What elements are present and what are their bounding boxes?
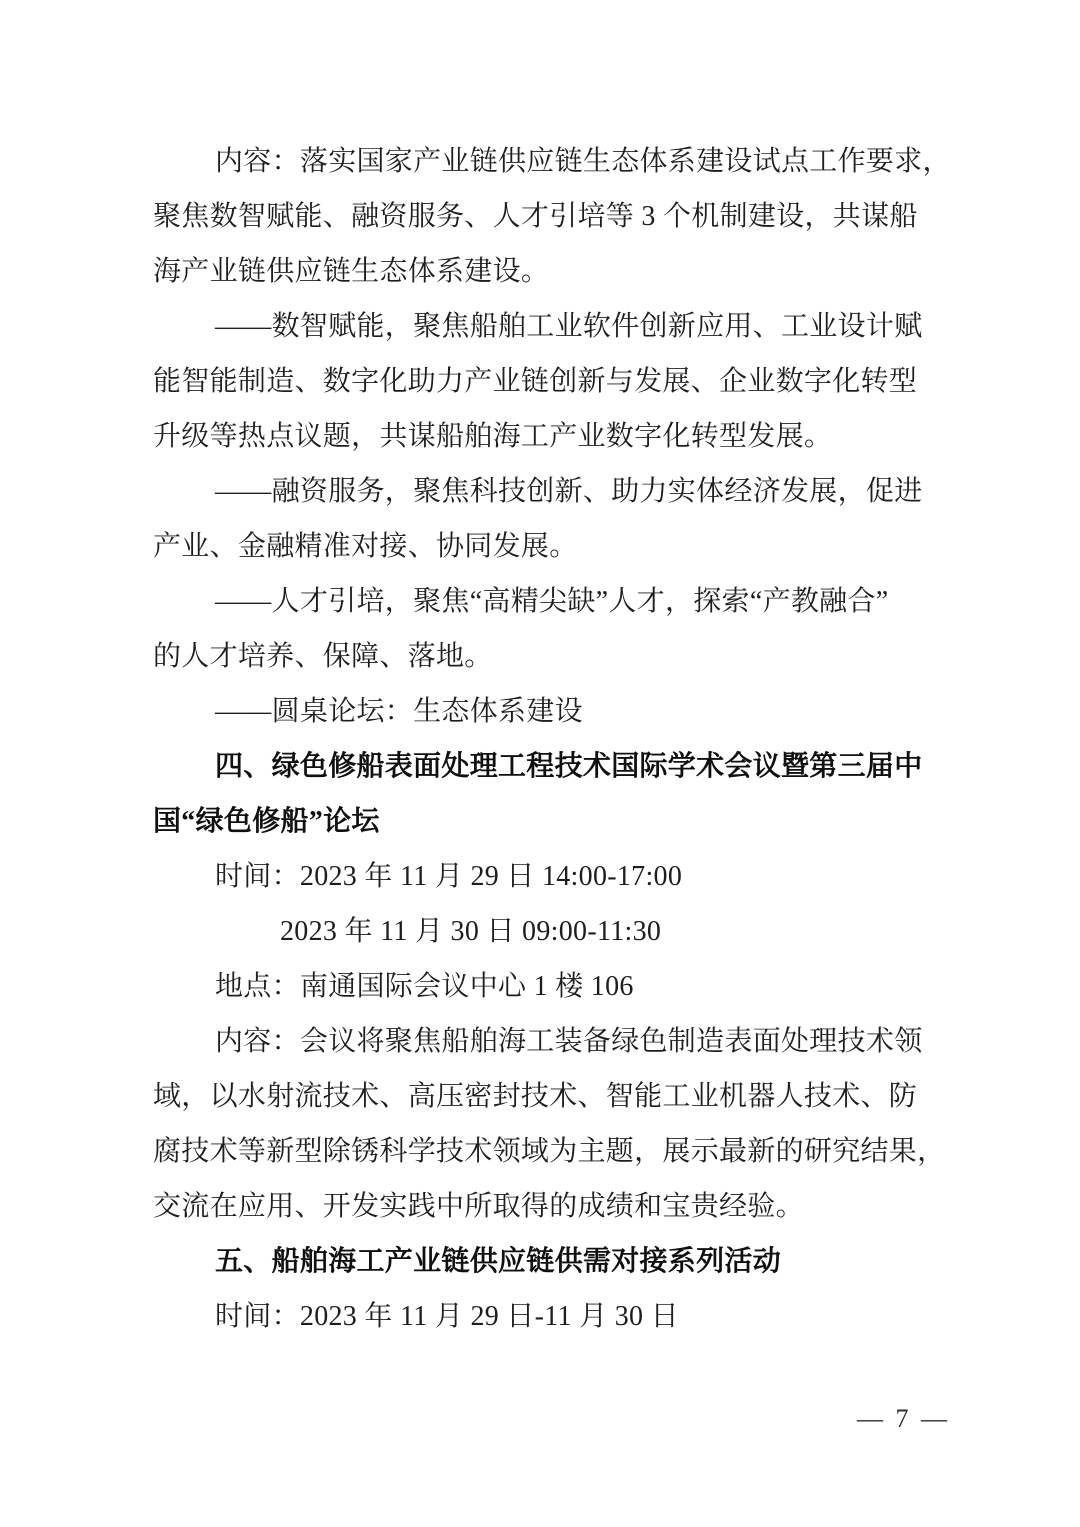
body-line: 产业、金融精准对接、协同发展。 [153, 519, 945, 574]
paragraph-roundtable-forum: ——圆桌论坛：生态体系建设 [153, 684, 945, 739]
body-line: 聚焦数智赋能、融资服务、人才引培等 3 个机制建设，共谋船 [153, 189, 945, 244]
body-line: ——融资服务，聚焦科技创新、助力实体经济发展，促进 [153, 464, 945, 519]
body-line: 域，以水射流技术、高压密封技术、智能工业机器人技术、防 [153, 1069, 945, 1124]
body-line: ——圆桌论坛：生态体系建设 [153, 684, 945, 739]
page-number: — 7 — [857, 1403, 950, 1435]
paragraph-content-intro: 内容：落实国家产业链供应链生态体系建设试点工作要求， 聚焦数智赋能、融资服务、人… [153, 134, 945, 299]
heading-line: 四、绿色修船表面处理工程技术国际学术会议暨第三届中 [153, 739, 945, 794]
paragraph-time-section5: 时间：2023 年 11 月 29 日-11 月 30 日 [153, 1289, 945, 1344]
body-line: 的人才培养、保障、落地。 [153, 629, 945, 684]
body-line: 交流在应用、开发实践中所取得的成绩和宝贵经验。 [153, 1179, 945, 1234]
body-line: ——人才引培，聚焦“高精尖缺”人才，探索“产教融合” [153, 574, 945, 629]
body-line: 内容：落实国家产业链供应链生态体系建设试点工作要求， [153, 134, 945, 189]
paragraph-financing-services: ——融资服务，聚焦科技创新、助力实体经济发展，促进 产业、金融精准对接、协同发展… [153, 464, 945, 574]
body-line: 地点：南通国际会议中心 1 楼 106 [153, 959, 945, 1014]
heading-line: 国“绿色修船”论坛 [153, 794, 945, 849]
paragraph-content-section4: 内容：会议将聚焦船舶海工装备绿色制造表面处理技术领 域，以水射流技术、高压密封技… [153, 1014, 945, 1234]
paragraph-location-section4: 地点：南通国际会议中心 1 楼 106 [153, 959, 945, 1014]
body-line: 2023 年 11 月 30 日 09:00-11:30 [153, 904, 945, 959]
paragraph-talent-cultivation: ——人才引培，聚焦“高精尖缺”人才，探索“产教融合” 的人才培养、保障、落地。 [153, 574, 945, 684]
paragraph-digital-empowerment: ——数智赋能，聚焦船舶工业软件创新应用、工业设计赋 能智能制造、数字化助力产业链… [153, 299, 945, 464]
body-line: 海产业链供应链生态体系建设。 [153, 244, 945, 299]
body-line: 时间：2023 年 11 月 29 日 14:00-17:00 [153, 849, 945, 904]
paragraph-time-section4: 时间：2023 年 11 月 29 日 14:00-17:00 [153, 849, 945, 904]
document-content: 内容：落实国家产业链供应链生态体系建设试点工作要求， 聚焦数智赋能、融资服务、人… [153, 134, 945, 1344]
body-line: 时间：2023 年 11 月 29 日-11 月 30 日 [153, 1289, 945, 1344]
paragraph-time-section4-day2: 2023 年 11 月 30 日 09:00-11:30 [153, 904, 945, 959]
body-line: 升级等热点议题，共谋船舶海工产业数字化转型发展。 [153, 409, 945, 464]
body-line: 腐技术等新型除锈科学技术领域为主题，展示最新的研究结果， [153, 1124, 945, 1179]
heading-line: 五、船舶海工产业链供应链供需对接系列活动 [153, 1234, 945, 1289]
document-page: 内容：落实国家产业链供应链生态体系建设试点工作要求， 聚焦数智赋能、融资服务、人… [0, 0, 1080, 1527]
section-heading-4: 四、绿色修船表面处理工程技术国际学术会议暨第三届中 国“绿色修船”论坛 [153, 739, 945, 849]
body-line: 能智能制造、数字化助力产业链创新与发展、企业数字化转型 [153, 354, 945, 409]
body-line: 内容：会议将聚焦船舶海工装备绿色制造表面处理技术领 [153, 1014, 945, 1069]
section-heading-5: 五、船舶海工产业链供应链供需对接系列活动 [153, 1234, 945, 1289]
body-line: ——数智赋能，聚焦船舶工业软件创新应用、工业设计赋 [153, 299, 945, 354]
